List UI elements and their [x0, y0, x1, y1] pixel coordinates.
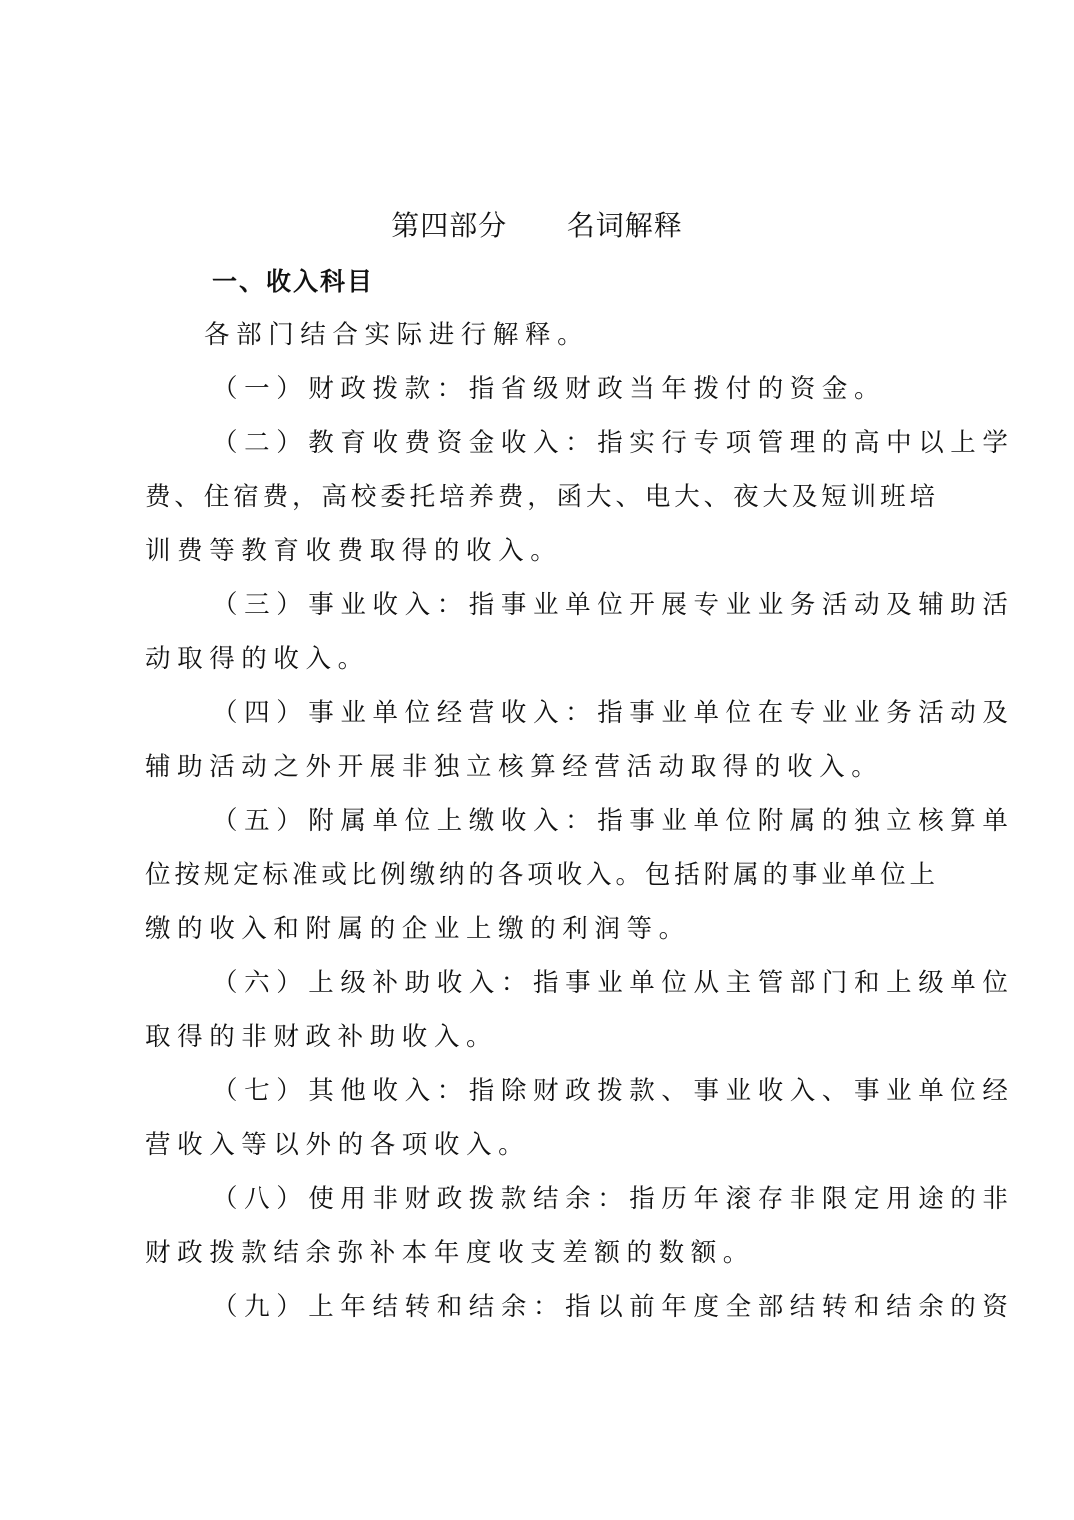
intro-paragraph: 各部门结合实际进行解释。: [204, 315, 589, 351]
item-4-line-2: 辅助活动之外开展非独立核算经营活动取得的收入。: [145, 747, 883, 783]
item-8-line-2: 财政拨款结余弥补本年度收支差额的数额。: [145, 1233, 755, 1269]
item-2-line-1: （二）教育收费资金收入：指实行专项管理的高中以上学: [212, 423, 1015, 459]
item-7-line-2: 营收入等以外的各项收入。: [145, 1125, 530, 1161]
item-3-line-2: 动取得的收入。: [145, 639, 370, 675]
item-7-line-1: （七）其他收入：指除财政拨款、事业收入、事业单位经: [212, 1071, 1015, 1107]
item-2-line-2: 费、住宿费，高校委托培养费，函大、电大、夜大及短训班培: [145, 477, 935, 513]
item-1-line-1: （一）财政拨款：指省级财政当年拨付的资金。: [212, 369, 886, 405]
item-5-line-2: 位按规定标准或比例缴纳的各项收入。包括附属的事业单位上: [145, 855, 935, 891]
item-3-line-1: （三）事业收入：指事业单位开展专业业务活动及辅助活: [212, 585, 1015, 621]
section-title: 第四部分 名词解释: [0, 204, 1074, 244]
item-2-line-3: 训费等教育收费取得的收入。: [145, 531, 562, 567]
item-6-line-1: （六）上级补助收入：指事业单位从主管部门和上级单位: [212, 963, 1015, 999]
item-6-line-2: 取得的非财政补助收入。: [145, 1017, 498, 1053]
item-8-line-1: （八）使用非财政拨款结余：指历年滚存非限定用途的非: [212, 1179, 1015, 1215]
item-5-line-3: 缴的收入和附属的企业上缴的利润等。: [145, 909, 691, 945]
heading-income-subjects: 一、收入科目: [212, 262, 374, 298]
item-4-line-1: （四）事业单位经营收入：指事业单位在专业业务活动及: [212, 693, 1015, 729]
item-9-line-1: （九）上年结转和结余：指以前年度全部结转和结余的资: [212, 1287, 1015, 1323]
document-page: 第四部分 名词解释 一、收入科目 各部门结合实际进行解释。 （一）财政拨款：指省…: [0, 0, 1074, 1520]
item-5-line-1: （五）附属单位上缴收入：指事业单位附属的独立核算单: [212, 801, 1015, 837]
